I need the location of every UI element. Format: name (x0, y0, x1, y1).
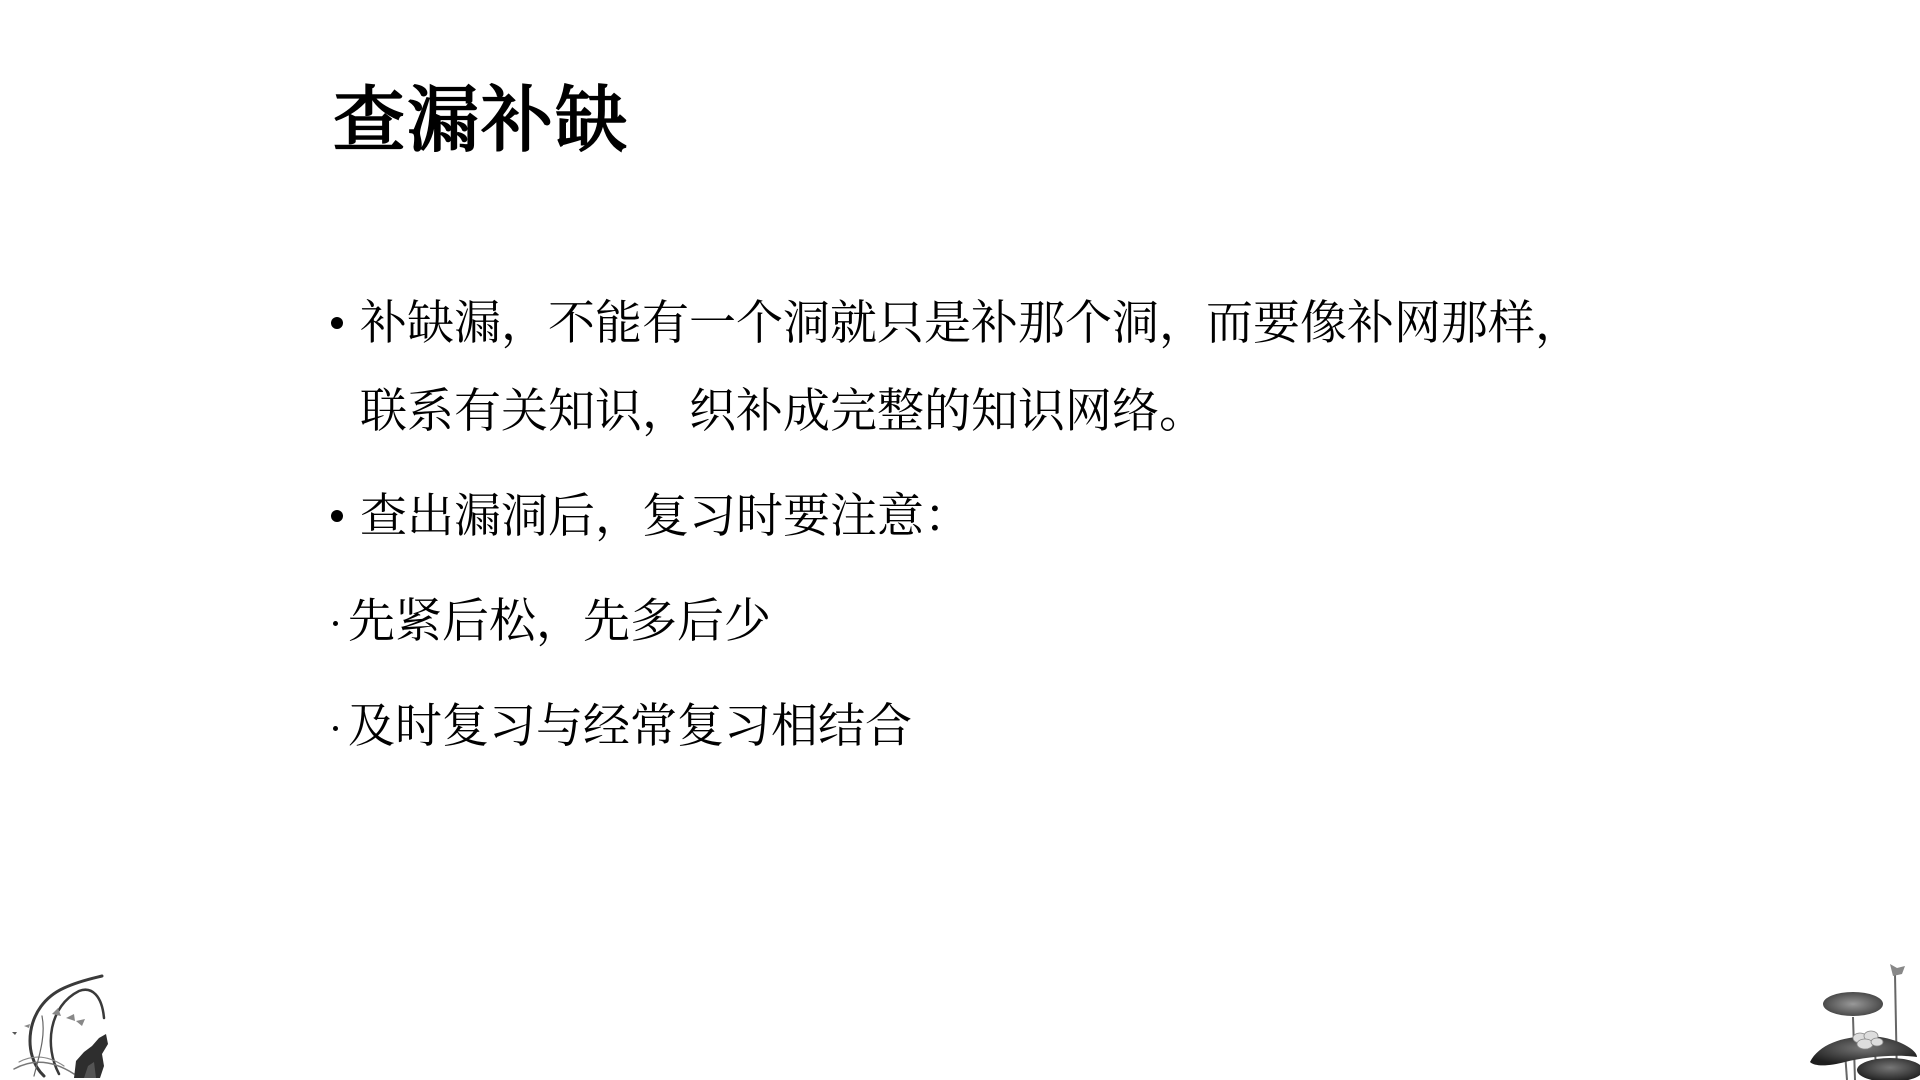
bullet-text: 查出漏洞后，复习时要注意： (360, 473, 1628, 561)
bullet-item-fill-gaps: 补缺漏，不能有一个洞就只是补那个洞，而要像补网那样，联系有关知识，织补成完整的知… (328, 280, 1628, 456)
slide-body: 补缺漏，不能有一个洞就只是补那个洞，而要像补网那样，联系有关知识，织补成完整的知… (328, 280, 1628, 788)
slide-title: 查漏补缺 (333, 70, 629, 170)
bullet-item-after-finding-gaps: 查出漏洞后，复习时要注意： (328, 473, 1628, 561)
bullet-text: 补缺漏，不能有一个洞就只是补那个洞，而要像补网那样，联系有关知识，织补成完整的知… (360, 280, 1628, 456)
sub-item-tight-then-loose: 先紧后松，先多后少 (328, 578, 1628, 666)
lotus-ink-painting-icon (1805, 962, 1920, 1080)
slide: 查漏补缺 补缺漏，不能有一个洞就只是补那个洞，而要像补网那样，联系有关知识，织补… (0, 0, 1920, 1080)
orchid-ink-painting-icon (4, 966, 116, 1080)
sub-item-timely-and-regular-review: 及时复习与经常复习相结合 (328, 683, 1628, 771)
sub-item-text: 及时复习与经常复习相结合 (348, 683, 1628, 771)
sub-item-text: 先紧后松，先多后少 (348, 578, 1628, 666)
